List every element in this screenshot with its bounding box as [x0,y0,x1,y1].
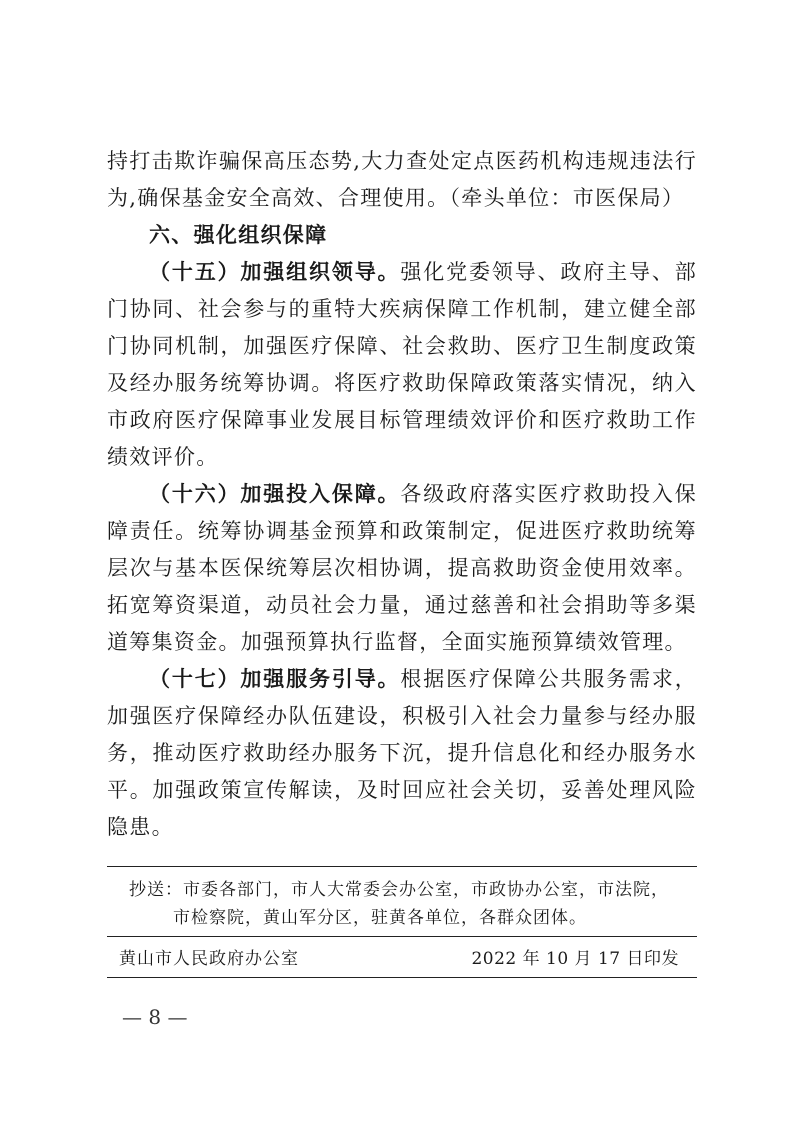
paragraph-17: （十七）加强服务引导。根据医疗保障公共服务需求，加强医疗保障经办队伍建设，积极引… [107,661,697,846]
issuer: 黄山市人民政府办公室 [119,944,299,969]
document-body: 持打击欺诈骗保高压态势,大力查处定点医药机构违规违法行为,确保基金安全高效、合理… [107,143,697,846]
divider-top [107,866,697,867]
paragraph-lead: （十七）加强服务引导。 [149,667,400,691]
divider-bottom [107,977,697,978]
paragraph-lead: （十六）加强投入保障。 [149,482,400,506]
paragraph-text: 强化党委领导、政府主导、部门协同、社会参与的重特大疾病保障工作机制，建立健全部门… [107,260,697,469]
page-number: — 8 — [122,1005,187,1029]
paragraph-16: （十六）加强投入保障。各级政府落实医疗救助投入保障责任。统筹协调基金预算和政策制… [107,476,697,661]
document-page: 持打击欺诈骗保高压态势,大力查处定点医药机构违规违法行为,确保基金安全高效、合理… [0,0,793,1122]
cc-line-1: 抄送：市委各部门，市人大常委会办公室，市政协办公室，市法院， [129,876,669,904]
continuation-paragraph: 持打击欺诈骗保高压态势,大力查处定点医药机构违规违法行为,确保基金安全高效、合理… [107,143,697,217]
issue-date: 2022 年 10 月 17 日印发 [471,944,679,969]
paragraph-lead: （十五）加强组织领导。 [149,260,400,284]
divider-middle [107,936,697,937]
paragraph-15: （十五）加强组织领导。强化党委领导、政府主导、部门协同、社会参与的重特大疾病保障… [107,254,697,476]
cc-line-2: 市检察院，黄山军分区，驻黄各单位，各群众团体。 [173,904,587,932]
paragraph-text: 根据医疗保障公共服务需求，加强医疗保障经办队伍建设，积极引入社会力量参与经办服务… [107,667,697,839]
section-heading: 六、强化组织保障 [107,217,697,254]
paragraph-text: 各级政府落实医疗救助投入保障责任。统筹协调基金预算和政策制定，促进医疗救助统筹层… [107,482,697,654]
